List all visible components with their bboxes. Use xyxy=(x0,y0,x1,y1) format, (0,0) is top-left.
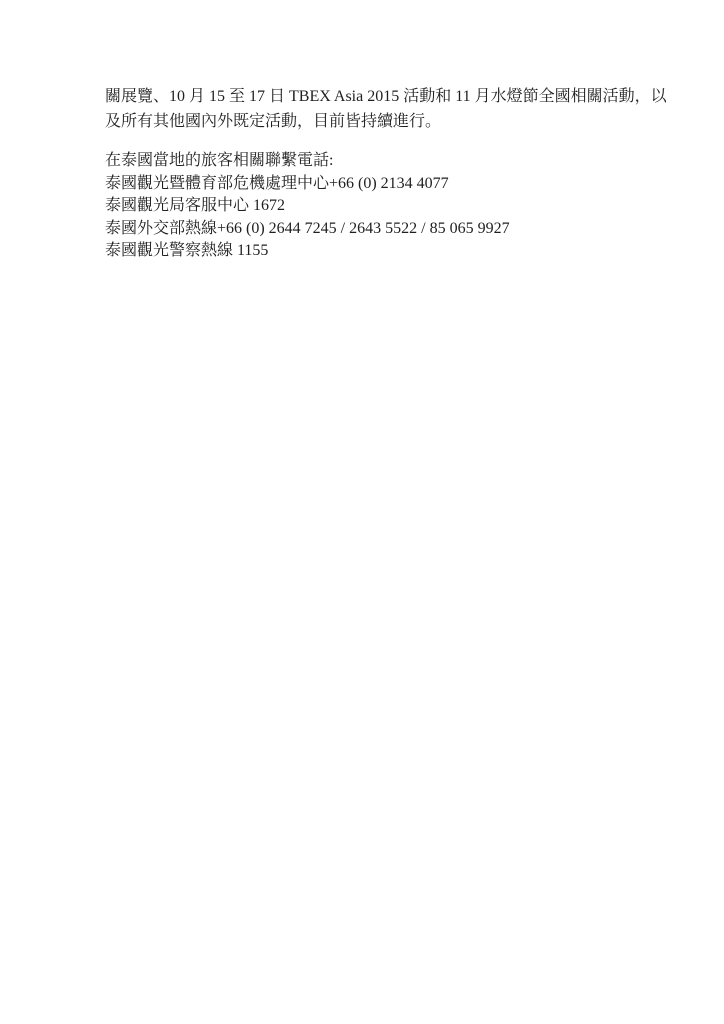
events-paragraph-line-1: 關展覽、10 月 15 至 17 日 TBEX Asia 2015 活動和 11… xyxy=(105,84,645,109)
events-paragraph-line-2: 及所有其他國內外既定活動，目前皆持續進行。 xyxy=(105,109,645,134)
contacts-paragraph: 在泰國當地的旅客相關聯繫電話: 泰國觀光暨體育部危機處理中心+66 (0) 21… xyxy=(105,150,645,263)
events-paragraph: 關展覽、10 月 15 至 17 日 TBEX Asia 2015 活動和 11… xyxy=(105,84,645,134)
document-content: 關展覽、10 月 15 至 17 日 TBEX Asia 2015 活動和 11… xyxy=(105,84,645,263)
document-page: 關展覽、10 月 15 至 17 日 TBEX Asia 2015 活動和 11… xyxy=(0,0,724,1024)
contact-line-tourist-police-hotline: 泰國觀光警察熱線 1155 xyxy=(105,240,645,263)
contacts-heading: 在泰國當地的旅客相關聯繫電話: xyxy=(105,150,645,173)
contact-line-tat-call-center: 泰國觀光局客服中心 1672 xyxy=(105,195,645,218)
contact-line-foreign-affairs-hotline: 泰國外交部熱線+66 (0) 2644 7245 / 2643 5522 / 8… xyxy=(105,218,645,241)
contact-line-crisis-center: 泰國觀光暨體育部危機處理中心+66 (0) 2134 4077 xyxy=(105,173,645,196)
